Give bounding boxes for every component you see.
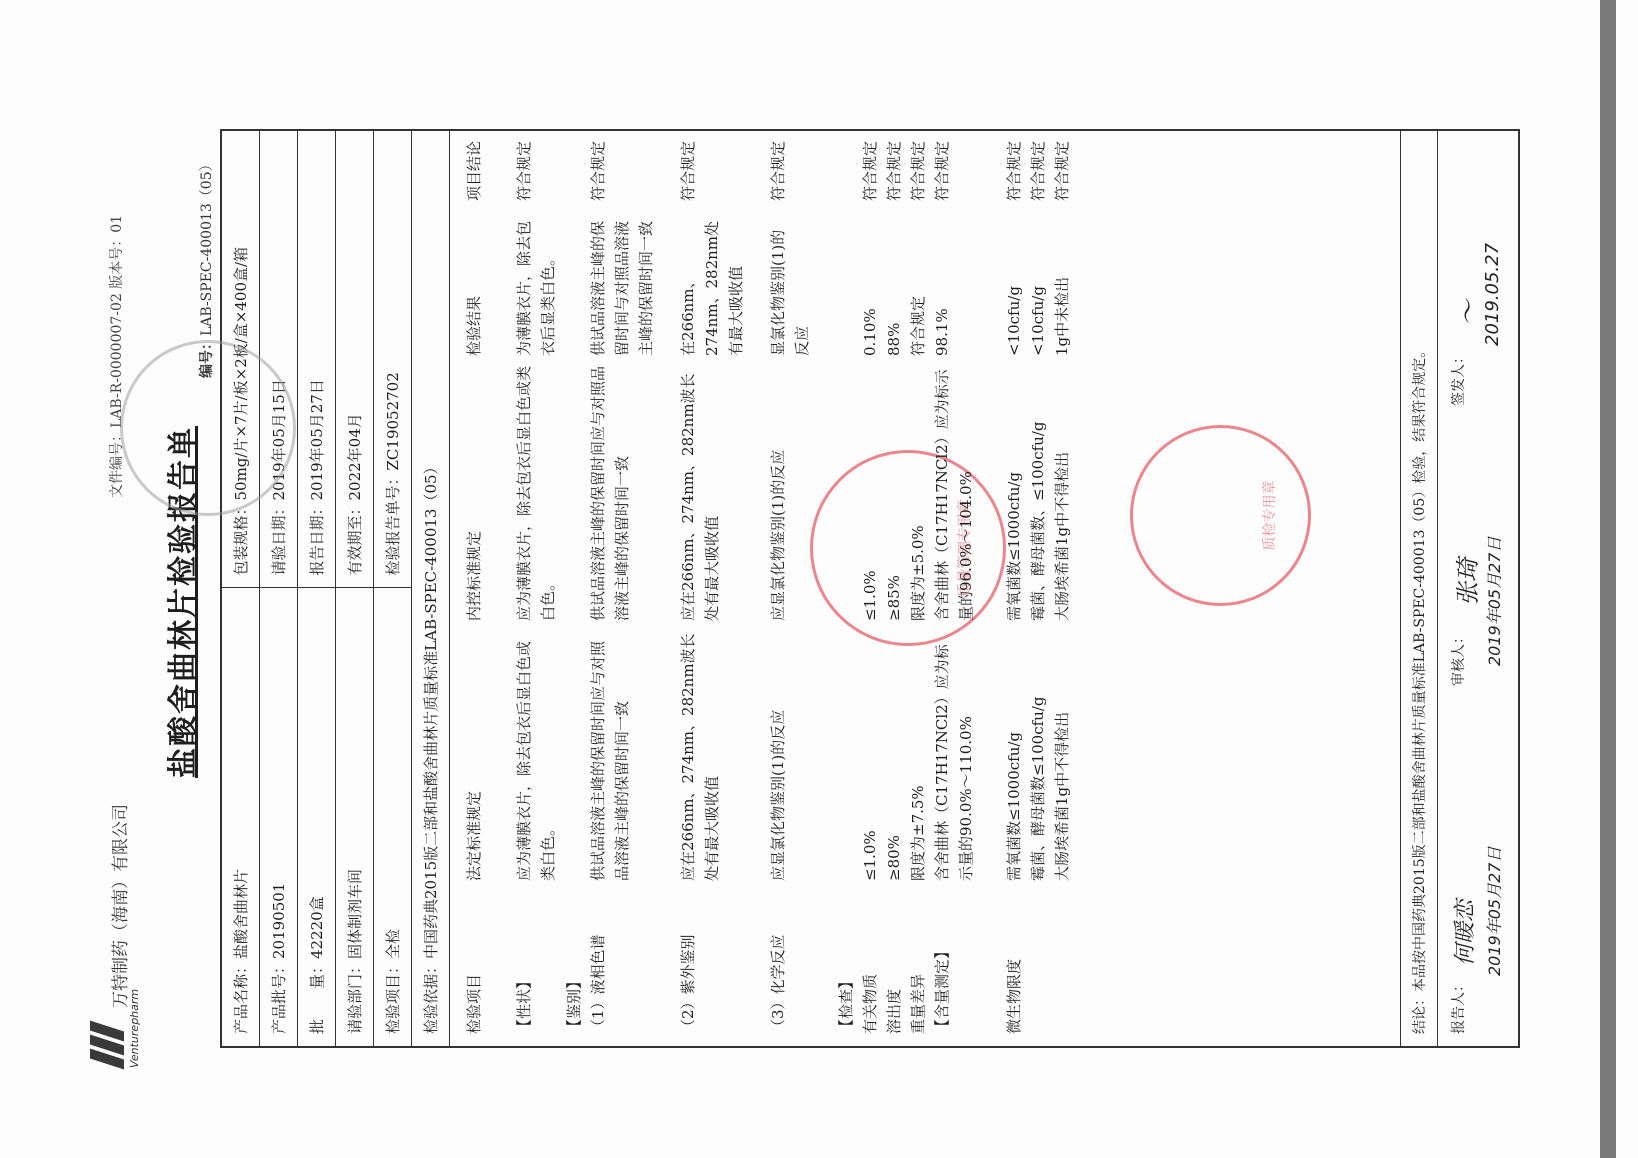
cell-legal: 霉菌、酵母菌数≤100cfu/g (1026, 631, 1050, 881)
cell-internal: ≤1.0% (858, 366, 882, 621)
reviewer-signature: 张琦 (1448, 558, 1483, 606)
cell-result: 符合规定 (906, 216, 930, 356)
cell-item: （3）化学反应 (766, 899, 790, 1034)
request-date: 请验日期：2019年05月15日 (260, 131, 297, 589)
cell-conclusion: 符合规定 (930, 131, 954, 201)
column-header: 检验结果 (462, 216, 486, 356)
issuer-label: 签发人： (1448, 350, 1468, 406)
reporter-date: 2019年05月27日 (1482, 847, 1505, 976)
cell-conclusion: 符合规定 (586, 131, 610, 201)
cell-legal: 含舍曲林（C17H17NCl2）应为标示量的90.0%～110.0% (930, 631, 978, 881)
cell-conclusion: 符合规定 (1002, 131, 1026, 201)
conclusion: 结论：本品按中国药典2015版二部和盐酸舍曲林片质量标准LAB-SPEC-400… (1401, 131, 1438, 1046)
inspection-basis: 检验依据：中国药典2015版二部和盐酸舍曲林片质量标准LAB-SPEC-4000… (412, 447, 449, 1046)
document-number: 文件编号：LAB-R-0000007-02 版本号：01 (106, 215, 126, 498)
cell-result: 在266nm、274nm、282nm处有最大吸收值 (676, 216, 748, 356)
cell-internal: 限度为±5.0% (906, 366, 930, 621)
company-logo (90, 1020, 124, 1068)
cell-conclusion: 符合规定 (906, 131, 930, 201)
column-header: 项目结论 (462, 131, 486, 201)
grey-stamp (120, 340, 296, 516)
cell-item: 微生物限度 (1002, 899, 1026, 1034)
cell-item: 【含量测定】 (930, 899, 954, 1034)
cell-conclusion: 符合规定 (858, 131, 882, 201)
cell-internal: 大肠埃希菌1g中不得检出 (1050, 366, 1074, 621)
cell-result: 0.10% (858, 216, 882, 356)
qc-stamp-text: 质检专用章 (1258, 428, 1282, 603)
cell-legal: 需氧菌数≤1000cfu/g (1002, 631, 1026, 881)
info-row: 批 量：42220盒 报告日期：2019年05月27日 (298, 131, 336, 1046)
cell-result: 为薄膜衣片，除去包衣后显类白色。 (512, 216, 560, 356)
cell-legal: 应为薄膜衣片，除去包衣后显白色或类白色。 (512, 631, 560, 881)
cell-internal: 应显氯化物鉴别(1)的反应 (766, 366, 790, 621)
logo-icon (90, 1020, 124, 1068)
cell-item: 溶出度 (882, 899, 906, 1034)
cell-conclusion: 符合规定 (882, 131, 906, 201)
report-number: 检验报告单号：ZC19052702 (374, 131, 411, 589)
inspection-report-page: Venturepharm 万特制药（海南）有限公司 文件编号：LAB-R-000… (0, 0, 1638, 1158)
scan-edge (1600, 0, 1616, 1158)
cell-conclusion: 符合规定 (1050, 131, 1074, 201)
valid-until: 有效期至：2022年04月 (336, 131, 373, 589)
cell-result: 98.1% (930, 216, 954, 356)
column-header: 内控标准规定 (462, 366, 486, 621)
cell-result: 88% (882, 216, 906, 356)
issuer-signature: 〜 (1448, 300, 1485, 326)
cell-internal: 需氧菌数≤1000cfu/g (1002, 366, 1026, 621)
product-name: 产品名称：盐酸舍曲林片 (222, 589, 259, 1047)
cell-result: 显氯化物鉴别(1)的反应 (766, 216, 814, 356)
cell-result: 1g中未检出 (1050, 216, 1074, 356)
cell-result: <10cfu/g (1002, 216, 1026, 356)
cell-result: 供试品溶液主峰的保留时间与对照品溶液主峰的保留时间一致 (586, 216, 658, 356)
report-header: Venturepharm 万特制药（海南）有限公司 文件编号：LAB-R-000… (0, 0, 160, 1158)
cell-result: <10cfu/g (1026, 216, 1050, 356)
cell-item: （1）液相色谱 (586, 899, 610, 1034)
code-value: LAB-SPEC-400013（05） (199, 157, 215, 336)
cell-internal: 应在266nm、274nm、282nm波长处有最大吸收值 (676, 366, 724, 621)
reporter-signature: 何暖恋 (1448, 900, 1479, 966)
info-row: 请验部门：固体制剂车间 有效期至：2022年04月 (336, 131, 374, 1046)
cell-legal: 大肠埃希菌1g中不得检出 (1050, 631, 1074, 881)
cell-item: 有关物质 (858, 899, 882, 1034)
cell-item: 重量差异 (906, 899, 930, 1034)
issuer-date: 2019.05.27 (1482, 243, 1503, 346)
info-row: 产品批号：20190501 请验日期：2019年05月15日 (260, 131, 298, 1046)
cell-conclusion: 符合规定 (512, 131, 536, 201)
cell-legal: ≥80% (882, 631, 906, 881)
cell-internal: 应为薄膜衣片，除去包衣后显白色或类白色。 (512, 366, 560, 621)
cell-item: 【检查】 (834, 899, 858, 1034)
inspection-item: 检验项目：全检 (374, 589, 411, 1047)
cell-internal: 霉菌、酵母菌数、≤100cfu/g (1026, 366, 1050, 621)
department: 请验部门：固体制剂车间 (336, 589, 373, 1047)
cell-legal: 应在266nm、274nm、282nm波长处有最大吸收值 (676, 631, 724, 881)
cell-legal: ≤1.0% (858, 631, 882, 881)
reporter-label: 报告人： (1448, 978, 1468, 1034)
report-date: 报告日期：2019年05月27日 (298, 131, 335, 589)
cell-internal: 含舍曲林（C17H17NCl2）应为标示量的96.0%～104.0% (930, 366, 978, 621)
results-area: 检验项目 法定标准规定 内控标准规定 检验结果 项目结论 质量管理专用章 质检专… (450, 131, 1401, 1046)
cell-conclusion: 符合规定 (676, 131, 700, 201)
cell-legal: 限度为±7.5% (906, 631, 930, 881)
cell-internal: ≥85% (882, 366, 906, 621)
signature-row: 报告人： 何暖恋 2019年05月27日 审核人： 张琦 2019年05月27日… (1438, 131, 1518, 1046)
cell-conclusion: 符合规定 (766, 131, 790, 201)
column-header: 检验项目 (462, 899, 486, 1034)
cell-item: （2）紫外鉴别 (676, 899, 700, 1034)
basis-row: 检验依据：中国药典2015版二部和盐酸舍曲林片质量标准LAB-SPEC-4000… (412, 131, 450, 1046)
batch-number: 产品批号：20190501 (260, 589, 297, 1047)
info-row: 产品名称：盐酸舍曲林片 包装规格：50mg/片×7片/板×2板/盒×400盒/箱 (222, 131, 260, 1046)
reviewer-label: 审核人： (1448, 630, 1468, 686)
batch-quantity: 批 量：42220盒 (298, 589, 335, 1047)
cell-legal: 应显氯化物鉴别(1)的反应 (766, 631, 790, 881)
cell-conclusion: 符合规定 (1026, 131, 1050, 201)
info-row: 检验项目：全检 检验报告单号：ZC19052702 (374, 131, 412, 1046)
report-table: 产品名称：盐酸舍曲林片 包装规格：50mg/片×7片/板×2板/盒×400盒/箱… (220, 129, 1520, 1048)
column-header: 法定标准规定 (462, 631, 486, 881)
reviewer-date: 2019年05月27日 (1482, 537, 1505, 666)
company-name: 万特制药（海南）有限公司 (106, 804, 131, 1008)
cell-internal: 供试品溶液主峰的保留时间应与对照品溶液主峰的保留时间一致 (586, 366, 634, 621)
cell-legal: 供试品溶液主峰的保留时间应与对照品溶液主峰的保留时间一致 (586, 631, 634, 881)
cell-item: 【性状】 (512, 899, 536, 1034)
cell-item: 【鉴别】 (562, 899, 586, 1034)
qc-stamp: 质检专用章 (1130, 425, 1311, 606)
